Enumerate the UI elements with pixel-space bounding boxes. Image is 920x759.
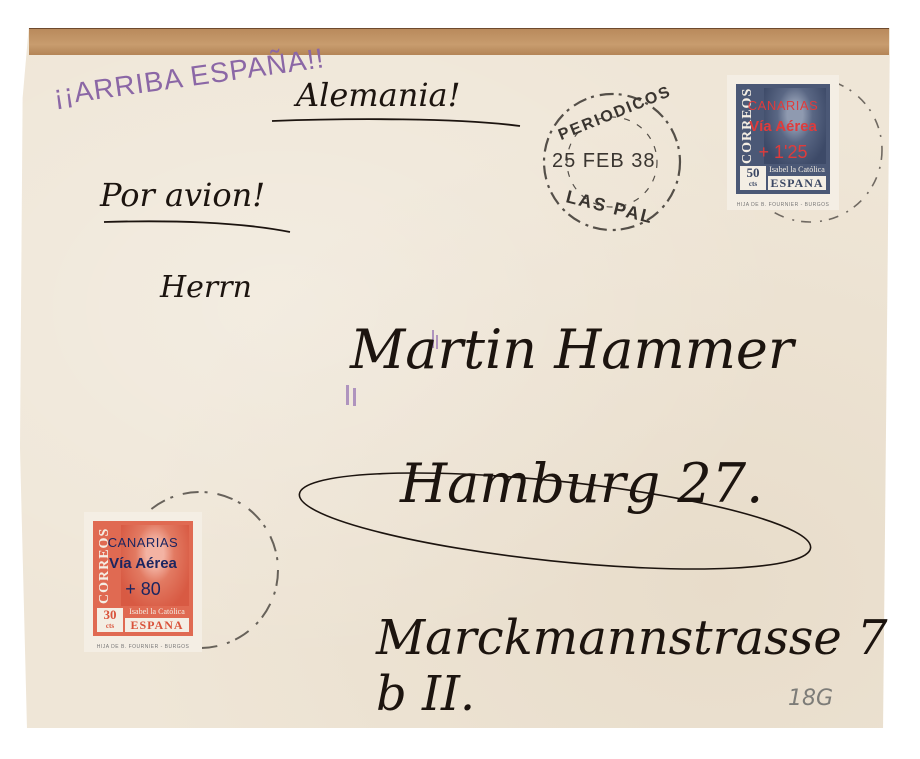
stamp-face-value: 50cts [740, 166, 766, 190]
stamp-legend: Isabel la Católica [125, 607, 189, 617]
pencil-note: 18G [788, 686, 833, 711]
stamp-design: CORREOS Isabel la Católica 30cts ESPANA … [93, 521, 193, 636]
destination-note: Alemania! [296, 76, 460, 114]
postmark-date: 25 FEB 38 [552, 150, 656, 173]
overprint-line1: CANARIAS [93, 535, 193, 550]
stamp-30-cts-red: CORREOS Isabel la Católica 30cts ESPANA … [84, 512, 202, 652]
overprint-line2: Vía Aérea [93, 555, 193, 572]
stamp-country: ESPANA [768, 176, 826, 190]
salutation: Herrn [160, 270, 252, 305]
overprint-surcharge: + 80 [93, 579, 193, 600]
stamp-50-cts-blue: CORREOS Isabel la Católica 50cts ESPANA … [727, 75, 839, 210]
overprint-surcharge: + 1'25 [736, 142, 830, 163]
recipient-street: Marckmannstrasse 7 b II. [376, 610, 920, 722]
stamp-printer-imprint: HIJA DE B. FOURNIER - BURGOS [84, 644, 202, 650]
stamp-printer-imprint: HIJA DE B. FOURNIER - BURGOS [727, 202, 839, 208]
stamp-face-value: 30cts [97, 608, 123, 632]
stamp-design: CORREOS Isabel la Católica 50cts ESPANA … [736, 84, 830, 194]
overprint-line2: Vía Aérea [736, 118, 830, 135]
stamp-legend: Isabel la Católica [768, 165, 826, 175]
recipient-name: Martin Hammer [350, 318, 794, 381]
routing-note: Por avion! [100, 176, 265, 214]
stamp-country: ESPANA [125, 618, 189, 632]
overprint-line1: CANARIAS [736, 98, 830, 113]
recipient-city: Hamburg 27. [400, 452, 763, 515]
